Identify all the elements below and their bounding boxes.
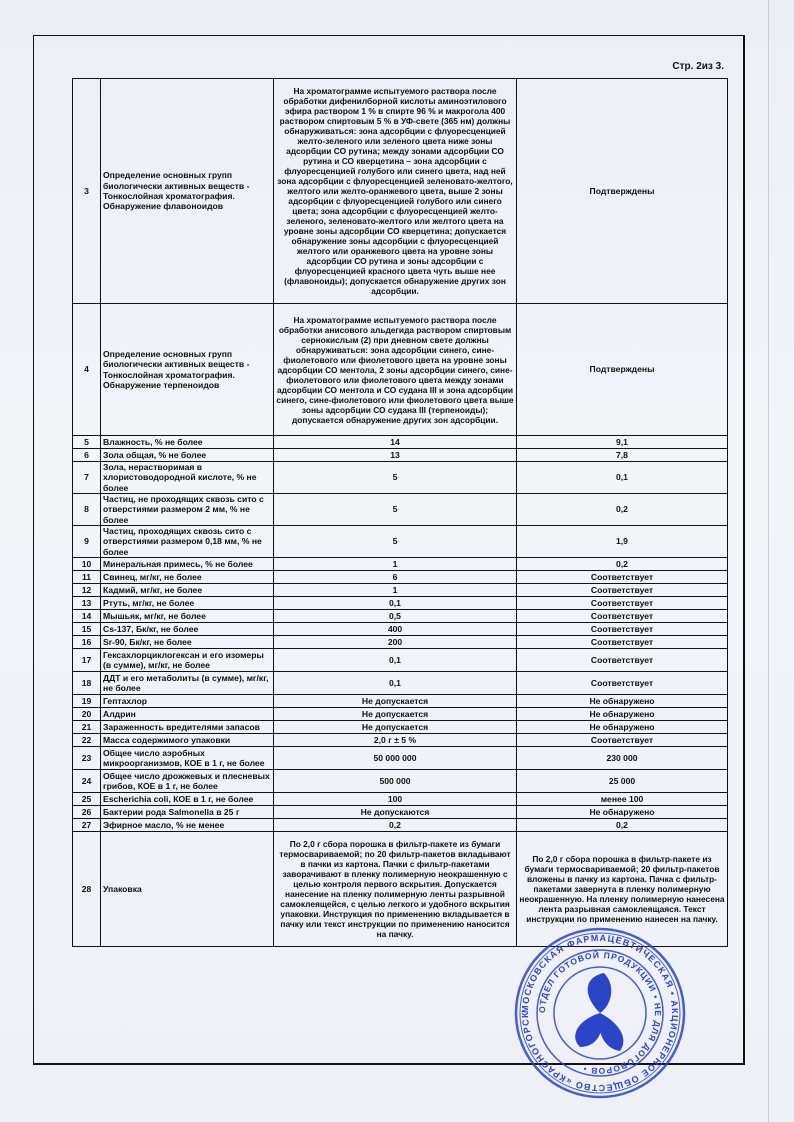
indicator-name: Определение основных групп биологически … bbox=[101, 79, 274, 304]
table-row: 27Эфирное масло, % не менее0,20,2 bbox=[73, 819, 728, 832]
table-row: 18ДДТ и его метаболиты (в сумме), мг/кг,… bbox=[73, 672, 728, 695]
row-number: 17 bbox=[73, 649, 101, 672]
table-row: 11Свинец, мг/кг, не более6Соответствует bbox=[73, 571, 728, 584]
row-number: 11 bbox=[73, 571, 101, 584]
norm-value: 13 bbox=[274, 449, 517, 462]
norm-value: 50 000 000 bbox=[274, 747, 517, 770]
norm-value: Не допускается bbox=[274, 708, 517, 721]
indicator-name: Гептахлор bbox=[101, 695, 274, 708]
indicator-name: Cs-137, Бк/кг, не более bbox=[101, 623, 274, 636]
norm-value: На хроматограмме испытуемого раствора по… bbox=[274, 304, 517, 436]
table-row: 16Sr-90, Бк/кг, не более200Соответствует bbox=[73, 636, 728, 649]
indicator-name: Минеральная примесь, % не более bbox=[101, 558, 274, 571]
row-number: 5 bbox=[73, 436, 101, 449]
table-row: 14Мышьяк, мг/кг, не более0,5Соответствуе… bbox=[73, 610, 728, 623]
scan-edge-line bbox=[768, 0, 769, 1122]
specification-table: 3Определение основных групп биологически… bbox=[72, 78, 728, 947]
row-number: 22 bbox=[73, 734, 101, 747]
test-result: Соответствует bbox=[517, 649, 728, 672]
table-row: 12Кадмий, мг/кг, не более1Соответствует bbox=[73, 584, 728, 597]
table-row: 8Частиц, не проходящих сквозь сито с отв… bbox=[73, 494, 728, 526]
test-result: 25 000 bbox=[517, 770, 728, 793]
row-number: 26 bbox=[73, 806, 101, 819]
indicator-name: Sr-90, Бк/кг, не более bbox=[101, 636, 274, 649]
table-row: 24Общее число дрожжевых и плесневых гриб… bbox=[73, 770, 728, 793]
row-number: 8 bbox=[73, 494, 101, 526]
test-result: 0,1 bbox=[517, 462, 728, 494]
table-row: 22Масса содержимого упаковки2,0 г ± 5 %С… bbox=[73, 734, 728, 747]
document-page: Стр. 2из 3. 3Определение основных групп … bbox=[0, 0, 794, 1122]
test-result: 230 000 bbox=[517, 747, 728, 770]
row-number: 27 bbox=[73, 819, 101, 832]
indicator-name: Зола, нерастворимая в хлористоводородной… bbox=[101, 462, 274, 494]
specification-table-body: 3Определение основных групп биологически… bbox=[73, 79, 728, 947]
norm-value: 100 bbox=[274, 793, 517, 806]
table-row: 25Escherichia coli, КОЕ в 1 г, не более1… bbox=[73, 793, 728, 806]
table-row: 23Общее число аэробных микроорганизмов, … bbox=[73, 747, 728, 770]
norm-value: 1 bbox=[274, 584, 517, 597]
indicator-name: Ртуть, мг/кг, не более bbox=[101, 597, 274, 610]
row-number: 3 bbox=[73, 79, 101, 304]
page-number: Стр. 2из 3. bbox=[620, 61, 724, 72]
indicator-name: Упаковка bbox=[101, 832, 274, 947]
table-row: 5Влажность, % не более149,1 bbox=[73, 436, 728, 449]
norm-value: 6 bbox=[274, 571, 517, 584]
row-number: 6 bbox=[73, 449, 101, 462]
row-number: 23 bbox=[73, 747, 101, 770]
test-result: Соответствует bbox=[517, 610, 728, 623]
row-number: 25 bbox=[73, 793, 101, 806]
indicator-name: Свинец, мг/кг, не более bbox=[101, 571, 274, 584]
test-result: Не обнаружено bbox=[517, 806, 728, 819]
row-number: 9 bbox=[73, 526, 101, 558]
norm-value: 5 bbox=[274, 526, 517, 558]
company-seal-stamp: МОСКОВСКАЯ ФАРМАЦЕВТИЧЕСКАЯ • АКЦИОНЕРНО… bbox=[512, 925, 688, 1101]
test-result: Соответствует bbox=[517, 584, 728, 597]
table-row: 7Зола, нерастворимая в хлористоводородно… bbox=[73, 462, 728, 494]
test-result: 1,9 bbox=[517, 526, 728, 558]
indicator-name: Влажность, % не более bbox=[101, 436, 274, 449]
test-result: 0,2 bbox=[517, 819, 728, 832]
norm-value: 1 bbox=[274, 558, 517, 571]
table-row: 6Зола общая, % не более137,8 bbox=[73, 449, 728, 462]
test-result: Не обнаружено bbox=[517, 721, 728, 734]
test-result: Не обнаружено bbox=[517, 708, 728, 721]
row-number: 18 bbox=[73, 672, 101, 695]
table-row: 19ГептахлорНе допускаетсяНе обнаружено bbox=[73, 695, 728, 708]
row-number: 14 bbox=[73, 610, 101, 623]
norm-value: 2,0 г ± 5 % bbox=[274, 734, 517, 747]
row-number: 13 bbox=[73, 597, 101, 610]
row-number: 15 bbox=[73, 623, 101, 636]
table-row: 15Cs-137, Бк/кг, не более400Соответствуе… bbox=[73, 623, 728, 636]
row-number: 21 bbox=[73, 721, 101, 734]
norm-value: На хроматограмме испытуемого раствора по… bbox=[274, 79, 517, 304]
table-row: 26Бактерии рода Salmonella в 25 гНе допу… bbox=[73, 806, 728, 819]
test-result: Подтверждены bbox=[517, 79, 728, 304]
row-number: 12 bbox=[73, 584, 101, 597]
norm-value: Не допускается bbox=[274, 695, 517, 708]
test-result: менее 100 bbox=[517, 793, 728, 806]
test-result: Соответствует bbox=[517, 623, 728, 636]
indicator-name: Общее число дрожжевых и плесневых грибов… bbox=[101, 770, 274, 793]
indicator-name: Мышьяк, мг/кг, не более bbox=[101, 610, 274, 623]
leaf-logo-icon bbox=[575, 973, 623, 1051]
norm-value: 14 bbox=[274, 436, 517, 449]
test-result: Соответствует bbox=[517, 636, 728, 649]
indicator-name: Кадмий, мг/кг, не более bbox=[101, 584, 274, 597]
indicator-name: Частиц, не проходящих сквозь сито с отве… bbox=[101, 494, 274, 526]
test-result: Не обнаружено bbox=[517, 695, 728, 708]
norm-value: 5 bbox=[274, 462, 517, 494]
test-result: Соответствует bbox=[517, 571, 728, 584]
table-row: 17Гексахлорциклогексан и его изомеры (в … bbox=[73, 649, 728, 672]
test-result: 0,2 bbox=[517, 494, 728, 526]
row-number: 28 bbox=[73, 832, 101, 947]
norm-value: 0,2 bbox=[274, 819, 517, 832]
row-number: 19 bbox=[73, 695, 101, 708]
indicator-name: Бактерии рода Salmonella в 25 г bbox=[101, 806, 274, 819]
test-result: 0,2 bbox=[517, 558, 728, 571]
table-row: 9Частиц, проходящих сквозь сито с отверс… bbox=[73, 526, 728, 558]
norm-value: 0,1 bbox=[274, 672, 517, 695]
indicator-name: Общее число аэробных микроорганизмов, КО… bbox=[101, 747, 274, 770]
test-result: Подтверждены bbox=[517, 304, 728, 436]
test-result: Соответствует bbox=[517, 672, 728, 695]
norm-value: 400 bbox=[274, 623, 517, 636]
test-result: Соответствует bbox=[517, 734, 728, 747]
norm-value: 0,1 bbox=[274, 597, 517, 610]
table-row: 10Минеральная примесь, % не более10,2 bbox=[73, 558, 728, 571]
row-number: 4 bbox=[73, 304, 101, 436]
norm-value: 0,5 bbox=[274, 610, 517, 623]
indicator-name: Алдрин bbox=[101, 708, 274, 721]
norm-value: Не допускается bbox=[274, 721, 517, 734]
table-row: 4Определение основных групп биологически… bbox=[73, 304, 728, 436]
indicator-name: ДДТ и его метаболиты (в сумме), мг/кг, н… bbox=[101, 672, 274, 695]
row-number: 7 bbox=[73, 462, 101, 494]
norm-value: 500 000 bbox=[274, 770, 517, 793]
indicator-name: Escherichia coli, КОЕ в 1 г, не более bbox=[101, 793, 274, 806]
indicator-name: Определение основных групп биологически … bbox=[101, 304, 274, 436]
norm-value: 200 bbox=[274, 636, 517, 649]
indicator-name: Масса содержимого упаковки bbox=[101, 734, 274, 747]
row-number: 16 bbox=[73, 636, 101, 649]
test-result: Соответствует bbox=[517, 597, 728, 610]
table-row: 3Определение основных групп биологически… bbox=[73, 79, 728, 304]
indicator-name: Частиц, проходящих сквозь сито с отверст… bbox=[101, 526, 274, 558]
norm-value: Не допускаются bbox=[274, 806, 517, 819]
test-result: 9,1 bbox=[517, 436, 728, 449]
norm-value: 5 bbox=[274, 494, 517, 526]
indicator-name: Эфирное масло, % не менее bbox=[101, 819, 274, 832]
table-row: 21Зараженность вредителями запасовНе доп… bbox=[73, 721, 728, 734]
test-result: 7,8 bbox=[517, 449, 728, 462]
row-number: 10 bbox=[73, 558, 101, 571]
row-number: 20 bbox=[73, 708, 101, 721]
indicator-name: Зараженность вредителями запасов bbox=[101, 721, 274, 734]
norm-value: По 2,0 г сбора порошка в фильтр-пакете и… bbox=[274, 832, 517, 947]
table-row: 20АлдринНе допускаетсяНе обнаружено bbox=[73, 708, 728, 721]
table-row: 13Ртуть, мг/кг, не более0,1Соответствует bbox=[73, 597, 728, 610]
indicator-name: Гексахлорциклогексан и его изомеры (в су… bbox=[101, 649, 274, 672]
row-number: 24 bbox=[73, 770, 101, 793]
indicator-name: Зола общая, % не более bbox=[101, 449, 274, 462]
norm-value: 0,1 bbox=[274, 649, 517, 672]
